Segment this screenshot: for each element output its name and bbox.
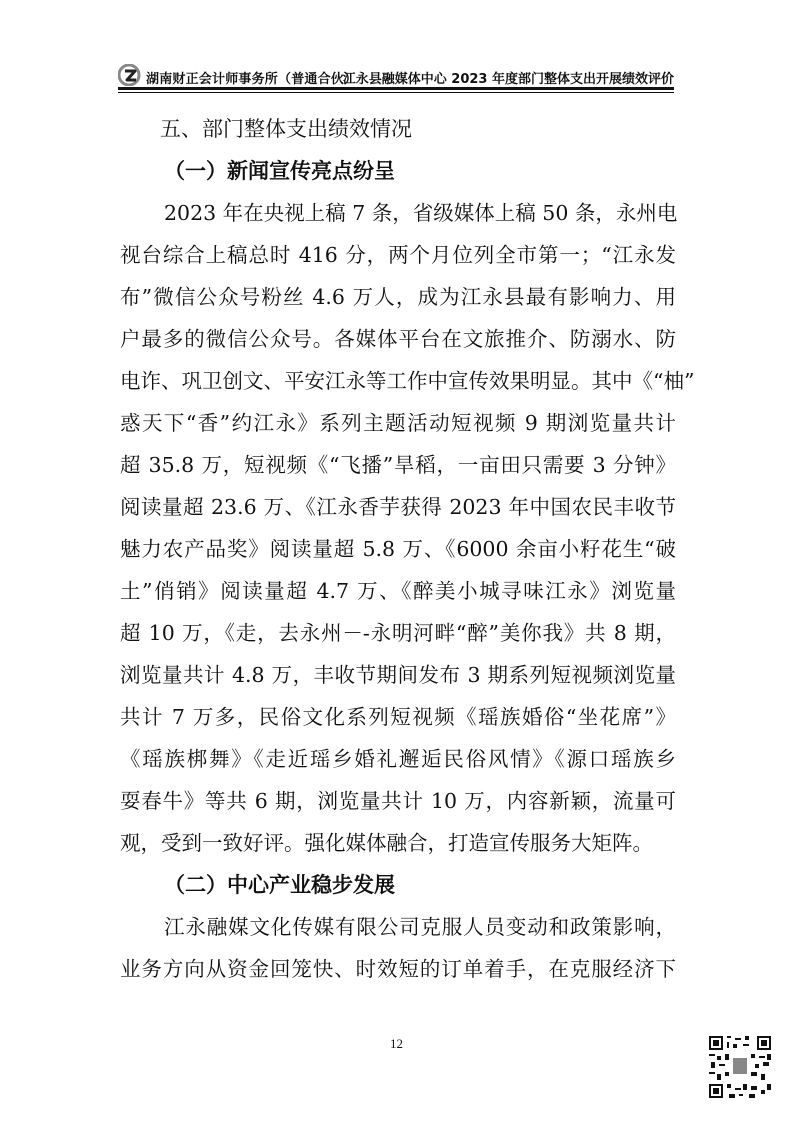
paragraph-line: 户最多的微信公众号。各媒体平台在文旅推介、防溺水、防 [120,318,676,360]
paragraph-line: 2023 年在央视上稿 7 条，省级媒体上稿 50 条，永州电 [120,192,676,234]
paragraph-line: 布”微信公众号粉丝 4.6 万人，成为江永县最有影响力、用 [120,276,676,318]
paragraph-line: 江永融媒文化传媒有限公司克服人员变动和政策影响， [120,906,676,948]
subsection-heading-1: （一）新闻宣传亮点纷呈 [120,150,676,192]
page-body: 五、部门整体支出绩效情况 （一）新闻宣传亮点纷呈 2023 年在央视上稿 7 条… [120,108,676,990]
page-number: 12 [0,1036,793,1052]
header-rule-thin [118,92,674,93]
section-heading: 五、部门整体支出绩效情况 [120,108,676,150]
header-rule-thick [118,87,674,90]
paragraph-line: 耍春牛》等共 6 期，浏览量共计 10 万，内容新颖，流量可 [120,780,676,822]
paragraph-line: 共计 7 万多，民俗文化系列短视频《瑶族婚俗“坐花席”》 [120,696,676,738]
paragraph-line: 电诈、巩卫创文、平安江永等工作中宣传效果明显。其中《“柚” [120,360,676,402]
org-name: 湖南财正会计师事务所（普通合伙） [146,68,357,87]
firm-logo-z-icon [118,64,142,86]
paragraph-line: 土”俏销》阅读量超 4.7 万、《醉美小城寻味江永》浏览量 [120,570,676,612]
paragraph-line: 浏览量共计 4.8 万，丰收节期间发布 3 期系列短视频浏览量 [120,654,676,696]
paragraph-line: 超 35.8 万，短视频《“飞播”旱稻，一亩田只需要 3 分钟》 [120,444,676,486]
page-header: 湖南财正会计师事务所（普通合伙） 江永县融媒体中心 2023 年度部门整体支出开… [118,62,674,92]
document-title: 江永县融媒体中心 2023 年度部门整体支出开展绩效评价 [343,68,674,87]
paragraph-line: 《瑶族梆舞》《走近瑶乡婚礼邂逅民俗风情》《源口瑶族乡 [120,738,676,780]
paragraph-line: 视台综合上稿总时 416 分，两个月位列全市第一；“江永发 [120,234,676,276]
paragraph-line: 魅力农产品奖》阅读量超 5.8 万、《6000 余亩小籽花生“破 [120,528,676,570]
paragraph-line: 业务方向从资金回笼快、时效短的订单着手，在克服经济下 [120,948,676,990]
paragraph-line: 阅读量超 23.6 万、《江永香芋获得 2023 年中国农民丰收节 [120,486,676,528]
paragraph-line: 观，受到一致好评。强化媒体融合，打造宣传服务大矩阵。 [120,822,676,864]
paragraph-line: 超 10 万，《走，去永州－-永明河畔“醉”美你我》共 8 期， [120,612,676,654]
qr-code-icon [707,1034,773,1100]
paragraph-line: 惑天下“香”约江永》系列主题活动短视频 9 期浏览量共计 [120,402,676,444]
subsection-heading-2: （二）中心产业稳步发展 [120,864,676,906]
